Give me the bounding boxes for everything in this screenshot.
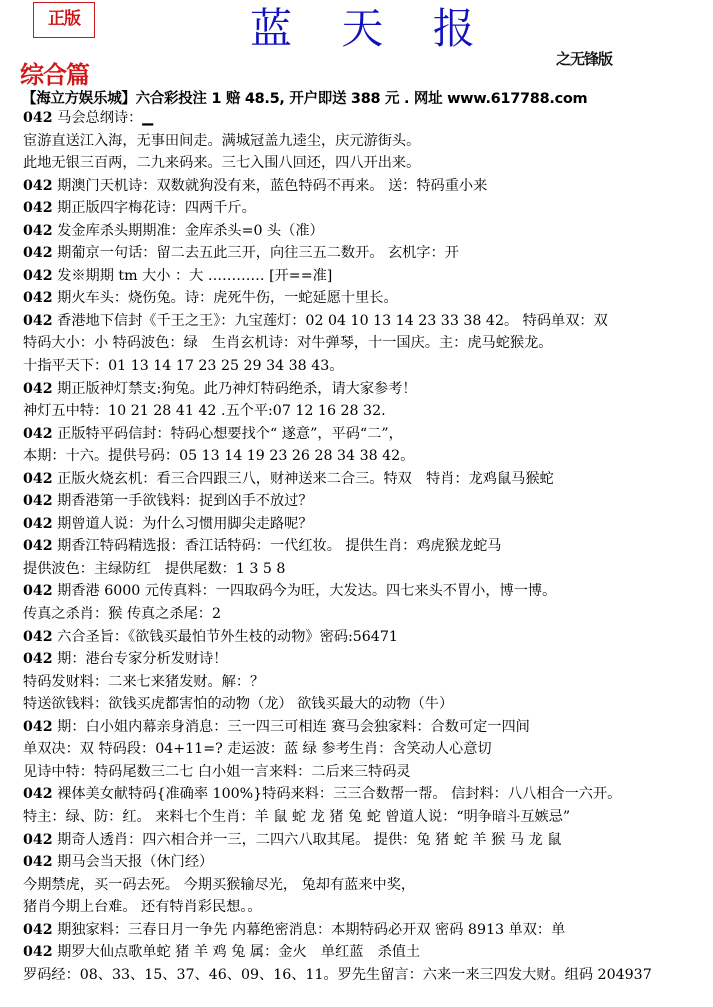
line-text: 猪肖今期上台难。 还有特肖彩民想。。 xyxy=(23,899,262,915)
section-title: 综合篇 xyxy=(20,60,89,90)
text-line: 042 期曾道人说：为什么习惯用脚尖走路呢？ xyxy=(23,513,703,536)
issue-number: 042 xyxy=(23,426,53,442)
line-text: 期香港 6000 元传真料：一四取码今为旺，大发达。四七来头不胃小，博一博。 xyxy=(53,583,557,599)
issue-number: 042 xyxy=(23,223,53,239)
issue-number: 042 xyxy=(23,245,53,261)
line-text: 期葡京一句话：留二去五此三开，向往三五二数开。 玄机字：开 xyxy=(53,245,459,261)
line-text: 香港地下信封《千王之王》：九宝莲灯：02 04 10 13 14 23 33 3… xyxy=(53,313,608,329)
line-text: 期：白小姐内幕亲身消息：三一四三可相连 赛马会独家料：合数可定一四间 xyxy=(53,719,530,735)
line-text: 传真之杀肖：猴 传真之杀尾：2 xyxy=(23,606,221,622)
official-edition-stamp: 正版 xyxy=(33,2,95,38)
text-line: 042 期香港第一手欲钱料：捉到凶手不放过？ xyxy=(23,490,703,513)
text-line: 传真之杀肖：猴 传真之杀尾：2 xyxy=(23,603,703,626)
text-line: 042 期马会当天报（休门经） xyxy=(23,851,703,874)
line-text: 提供波色：主绿防红 提供尾数：1 3 5 8 xyxy=(23,561,285,577)
page-title: 蓝 天 报 xyxy=(250,4,450,56)
line-text: 单双决：双 特码段：04+11=? 走运波：蓝 绿 参考生肖：含笑动人心意切 xyxy=(23,741,492,757)
line-text: 特码发财料：二来七来猪发财。解：？ xyxy=(23,674,264,690)
text-line: 特送欲钱料：欲钱买虎都害怕的动物（龙） 欲钱买最大的动物（牛） xyxy=(23,693,703,716)
text-line: 神灯五中特：10 21 28 41 42 .五个平:07 12 16 28 32… xyxy=(23,400,703,423)
issue-number: 042 xyxy=(23,922,53,938)
issue-number: 042 xyxy=(23,786,53,802)
edition-label: 之无锋版 xyxy=(556,48,612,69)
text-line: 罗码经：08、33、15、37、46、09、16、11。罗先生留言：六来一来三四… xyxy=(23,964,703,987)
issue-number: 042 xyxy=(23,854,53,870)
line-text: 裸体美女献特码{准确率 100%}特码来料：三三合数帮一帮。 信封料：八八相合一… xyxy=(53,786,622,802)
text-line: 042 期：港台专家分析发财诗！ xyxy=(23,648,703,671)
text-line: 特主：绿、防：红。 来料七个生肖：羊 鼠 蛇 龙 猪 兔 蛇 曾道人说：“明争暗… xyxy=(23,806,703,829)
line-text: 正版特平码信封：特码心想要找个“ 遂意”，平码“二”， xyxy=(53,426,403,442)
line-text: 期澳门天机诗：双数就狗没有来，蓝色特码不再来。 送：特码重小来 xyxy=(53,178,488,194)
text-line: 宦游直送江入海，无事田间走。满城冠盖九逵尘，庆元游街头。 xyxy=(23,130,703,153)
text-line: 042 马会总纲诗：▁ xyxy=(23,107,703,130)
issue-number: 042 xyxy=(23,651,53,667)
text-line: 特码大小：小 特码波色：绿 生肖玄机诗：对牛弹琴，十一国庆。主：虎马蛇猴龙。 xyxy=(23,332,703,355)
text-line: 042 期澳门天机诗：双数就狗没有来，蓝色特码不再来。 送：特码重小来 xyxy=(23,175,703,198)
text-line: 042 期独家料：三春日月一争先 内幕绝密消息：本期特码必开双 密码 8913 … xyxy=(23,919,703,942)
text-line: 042 六合圣旨：《欲钱买最怕节外生枝的动物》密码:56471 xyxy=(23,626,703,649)
text-line: 猪肖今期上台难。 还有特肖彩民想。。 xyxy=(23,896,703,919)
line-text: 期正版四字梅花诗：四两千斤。 xyxy=(53,200,256,216)
issue-number: 042 xyxy=(23,381,53,397)
text-line: 见诗中特：特码尾数三二七 白小姐一言来料：二后来三特码灵 xyxy=(23,761,703,784)
line-text: 期独家料：三春日月一争先 内幕绝密消息：本期特码必开双 密码 8913 单双：单 xyxy=(53,922,566,938)
text-line: 042 期正版四字梅花诗：四两千斤。 xyxy=(23,197,703,220)
line-text: 期火车头：烧伤兔。诗：虎死牛伤，一蛇延愿十里长。 xyxy=(53,290,398,306)
text-line: 042 期正版神灯禁支:狗兔。此乃神灯特码绝杀，请大家参考！ xyxy=(23,378,703,401)
line-text: 十指平天下：01 13 14 17 23 25 29 34 38 43。 xyxy=(23,358,343,374)
text-line: 042 期：白小姐内幕亲身消息：三一四三可相连 赛马会独家料：合数可定一四间 xyxy=(23,716,703,739)
text-line: 此地无银三百两，二九来码来。三七入围八回还，四八开出来。 xyxy=(23,152,703,175)
text-line: 十指平天下：01 13 14 17 23 25 29 34 38 43。 xyxy=(23,355,703,378)
line-text: 罗码经：08、33、15、37、46、09、16、11。罗先生留言：六来一来三四… xyxy=(23,967,652,983)
line-text: 见诗中特：特码尾数三二七 白小姐一言来料：二后来三特码灵 xyxy=(23,764,411,780)
issue-number: 042 xyxy=(23,538,53,554)
issue-number: 042 xyxy=(23,110,53,126)
line-text: 发※期期 tm 大小 ：大 ………… [开==准] xyxy=(53,268,333,284)
issue-number: 042 xyxy=(23,832,53,848)
line-text: 发金库杀头期期准：金库杀头=0 头（准） xyxy=(53,223,324,239)
issue-number: 042 xyxy=(23,313,53,329)
line-text: 今期禁虎，买一码去死。 今期买猴输尽光， 兔却有蓝来中奖， xyxy=(23,877,415,893)
line-text: 特送欲钱料：欲钱买虎都害怕的动物（龙） 欲钱买最大的动物（牛） xyxy=(23,696,453,712)
issue-number: 042 xyxy=(23,268,53,284)
line-text: 正版火烧玄机：看三合四跟三八，财神送来二合三。特双 特肖：龙鸡鼠马猴蛇 xyxy=(53,471,554,487)
text-line: 042 正版特平码信封：特码心想要找个“ 遂意”，平码“二”， xyxy=(23,423,703,446)
text-line: 042 正版火烧玄机：看三合四跟三八，财神送来二合三。特双 特肖：龙鸡鼠马猴蛇 xyxy=(23,468,703,491)
text-line: 本期：十六。提供号码：05 13 14 19 23 26 28 34 38 42… xyxy=(23,445,703,468)
line-text: 期正版神灯禁支:狗兔。此乃神灯特码绝杀，请大家参考！ xyxy=(53,381,417,397)
text-line: 042 期火车头：烧伤兔。诗：虎死牛伤，一蛇延愿十里长。 xyxy=(23,287,703,310)
text-line: 特码发财料：二来七来猪发财。解：？ xyxy=(23,671,703,694)
issue-number: 042 xyxy=(23,493,53,509)
line-text: 期罗大仙点歌单蛇 猪 羊 鸡 兔 属：金火 单红蓝 杀值土 xyxy=(53,944,421,960)
issue-number: 042 xyxy=(23,200,53,216)
line-text: 马会总纲诗：▁ xyxy=(53,110,154,126)
line-text: 神灯五中特：10 21 28 41 42 .五个平:07 12 16 28 32… xyxy=(23,403,386,419)
text-line: 042 期香港 6000 元传真料：一四取码今为旺，大发达。四七来头不胃小，博一… xyxy=(23,580,703,603)
line-text: 本期：十六。提供号码：05 13 14 19 23 26 28 34 38 42… xyxy=(23,448,414,464)
text-line: 042 发※期期 tm 大小 ：大 ………… [开==准] xyxy=(23,265,703,288)
article-body: 042 马会总纲诗：▁宦游直送江入海，无事田间走。满城冠盖九逵尘，庆元游街头。此… xyxy=(23,107,703,986)
text-line: 042 发金库杀头期期准：金库杀头=0 头（准） xyxy=(23,220,703,243)
issue-number: 042 xyxy=(23,629,53,645)
ad-banner: 【海立方娱乐城】六合彩投注 1 赔 48.5, 开户即送 388 元 . 网址 … xyxy=(22,89,587,109)
issue-number: 042 xyxy=(23,944,53,960)
issue-number: 042 xyxy=(23,178,53,194)
text-line: 今期禁虎，买一码去死。 今期买猴输尽光， 兔却有蓝来中奖， xyxy=(23,874,703,897)
text-line: 042 裸体美女献特码{准确率 100%}特码来料：三三合数帮一帮。 信封料：八… xyxy=(23,783,703,806)
issue-number: 042 xyxy=(23,719,53,735)
text-line: 042 香港地下信封《千王之王》：九宝莲灯：02 04 10 13 14 23 … xyxy=(23,310,703,333)
line-text: 期曾道人说：为什么习惯用脚尖走路呢？ xyxy=(53,516,313,532)
line-text: 期马会当天报（休门经） xyxy=(53,854,214,870)
text-line: 042 期香江特码精选报：香江话特码：一代红妆。 提供生肖：鸡虎猴龙蛇马 xyxy=(23,535,703,558)
line-text: 六合圣旨：《欲钱买最怕节外生枝的动物》密码:56471 xyxy=(53,629,398,645)
issue-number: 042 xyxy=(23,290,53,306)
text-line: 042 期奇人透肖：四六相合并一三，二四六八取其尾。 提供：兔 猪 蛇 羊 猴 … xyxy=(23,829,703,852)
issue-number: 042 xyxy=(23,516,53,532)
line-text: 特码大小：小 特码波色：绿 生肖玄机诗：对牛弹琴，十一国庆。主：虎马蛇猴龙。 xyxy=(23,335,552,351)
line-text: 此地无银三百两，二九来码来。三七入围八回还，四八开出来。 xyxy=(23,155,420,171)
line-text: 宦游直送江入海，无事田间走。满城冠盖九逵尘，庆元游街头。 xyxy=(23,133,420,149)
text-line: 042 期葡京一句话：留二去五此三开，向往三五二数开。 玄机字：开 xyxy=(23,242,703,265)
line-text: 期香港第一手欲钱料：捉到凶手不放过？ xyxy=(53,493,313,509)
line-text: 期：港台专家分析发财诗！ xyxy=(53,651,228,667)
line-text: 特主：绿、防：红。 来料七个生肖：羊 鼠 蛇 龙 猪 兔 蛇 曾道人说：“明争暗… xyxy=(23,809,570,825)
line-text: 期奇人透肖：四六相合并一三，二四六八取其尾。 提供：兔 猪 蛇 羊 猴 马 龙 … xyxy=(53,832,562,848)
issue-number: 042 xyxy=(23,471,53,487)
line-text: 期香江特码精选报：香江话特码：一代红妆。 提供生肖：鸡虎猴龙蛇马 xyxy=(53,538,502,554)
issue-number: 042 xyxy=(23,583,53,599)
text-line: 单双决：双 特码段：04+11=? 走运波：蓝 绿 参考生肖：含笑动人心意切 xyxy=(23,738,703,761)
text-line: 042 期罗大仙点歌单蛇 猪 羊 鸡 兔 属：金火 单红蓝 杀值土 xyxy=(23,941,703,964)
text-line: 提供波色：主绿防红 提供尾数：1 3 5 8 xyxy=(23,558,703,581)
